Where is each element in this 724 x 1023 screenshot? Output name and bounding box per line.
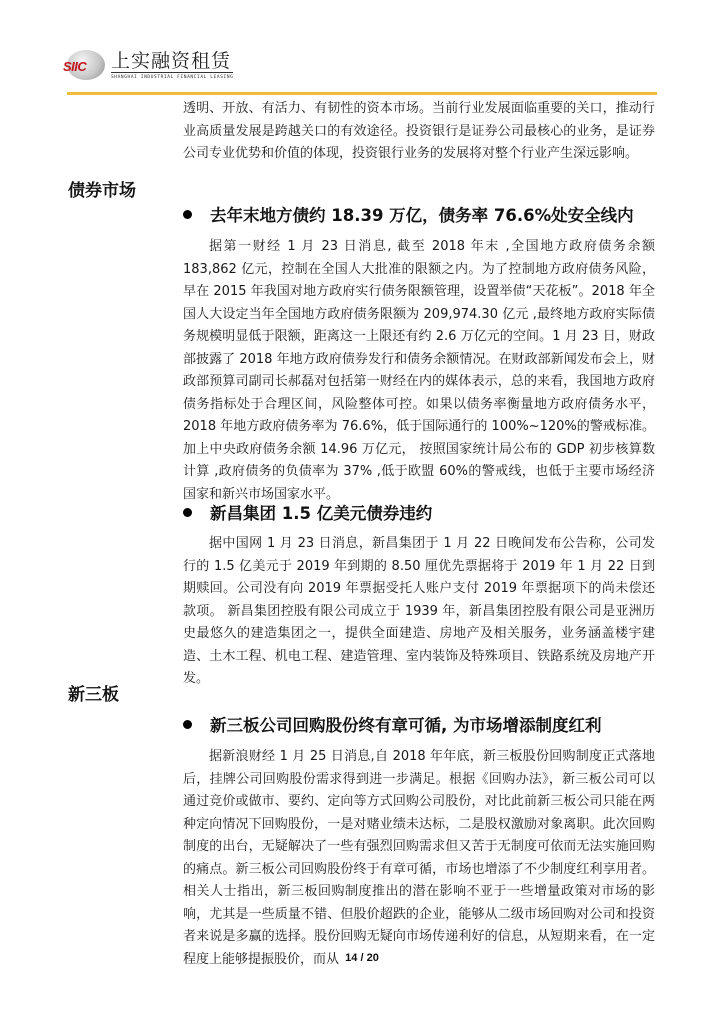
company-logo: SIIC 上实融资租赁 SHANGHAI INDUSTRIAL FINANCIA… xyxy=(67,48,233,82)
headline-text: 去年末地方债约 18.39 万亿，债务率 76.6%处安全线内 xyxy=(210,202,634,226)
headline-text: 新三板公司回购股份终有章可循, 为市场增添制度红利 xyxy=(210,712,602,736)
news-headline: 新昌集团 1.5 亿美元债券违约 xyxy=(183,500,432,524)
bullet-icon xyxy=(183,508,192,517)
headline-text: 新昌集团 1.5 亿美元债券违约 xyxy=(210,500,432,524)
news-body: 据新浪财经 1 月 25 日消息,自 2018 年年底，新三板股份回购制度正式落… xyxy=(183,746,655,971)
header-divider xyxy=(67,92,657,95)
page-number: 14 / 20 xyxy=(0,952,724,964)
logo-text: 上实融资租赁 SHANGHAI INDUSTRIAL FINANCIAL LEA… xyxy=(111,51,233,80)
section-title-bond-market: 债券市场 xyxy=(68,176,136,201)
news-headline: 新三板公司回购股份终有章可循, 为市场增添制度红利 xyxy=(183,712,602,736)
section-title-neeq: 新三板 xyxy=(68,680,119,705)
intro-paragraph: 透明、开放、有活力、有韧性的资本市场。当前行业发展面临重要的关口，推动行业高质量… xyxy=(183,98,655,166)
logo-english-name: SHANGHAI INDUSTRIAL FINANCIAL LEASING xyxy=(111,75,233,80)
bullet-icon xyxy=(183,210,192,219)
news-body: 据中国网 1 月 23 日消息，新昌集团于 1 月 22 日晚间发布公告称，公司… xyxy=(183,533,655,691)
logo-mark-text: SIIC xyxy=(63,59,86,74)
logo-chinese-name: 上实融资租赁 xyxy=(111,51,233,73)
bullet-icon xyxy=(183,720,192,729)
news-headline: 去年末地方债约 18.39 万亿，债务率 76.6%处安全线内 xyxy=(183,202,634,226)
siic-logo-icon: SIIC xyxy=(67,50,105,80)
news-body: 据第一财经 1 月 23 日消息, 截至 2018 年末 ,全国地方政府债务余额… xyxy=(183,236,655,506)
